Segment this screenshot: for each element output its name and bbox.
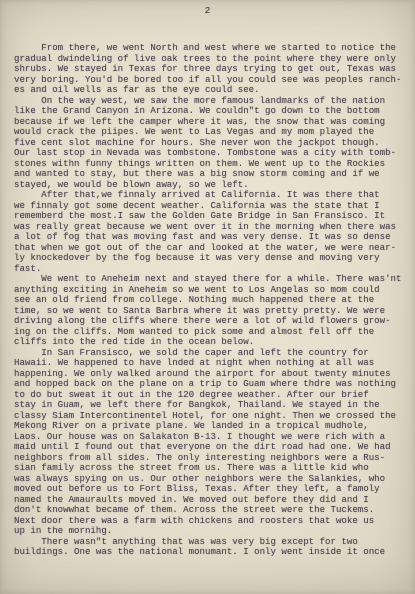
paragraph-hawaii-laos: In San Fransisco, we sold the caper and …: [14, 348, 410, 537]
paragraph-two-buildings: There wasn"t anything that was was very …: [14, 537, 410, 558]
document-text: From there, we went North and west where…: [14, 43, 410, 558]
paragraph-travel-north-west: From there, we went North and west where…: [14, 43, 410, 96]
paragraph-landmarks: On the way west, we saw the more famous …: [14, 96, 410, 191]
page-number: 2: [0, 5, 415, 16]
paragraph-california: After that,we finnaly arrived at Califor…: [14, 190, 410, 274]
paragraph-aneheim: We went to Aneheim next and stayed there…: [14, 274, 410, 348]
scanned-typewritten-page: 2 From there, we went North and west whe…: [0, 0, 415, 594]
